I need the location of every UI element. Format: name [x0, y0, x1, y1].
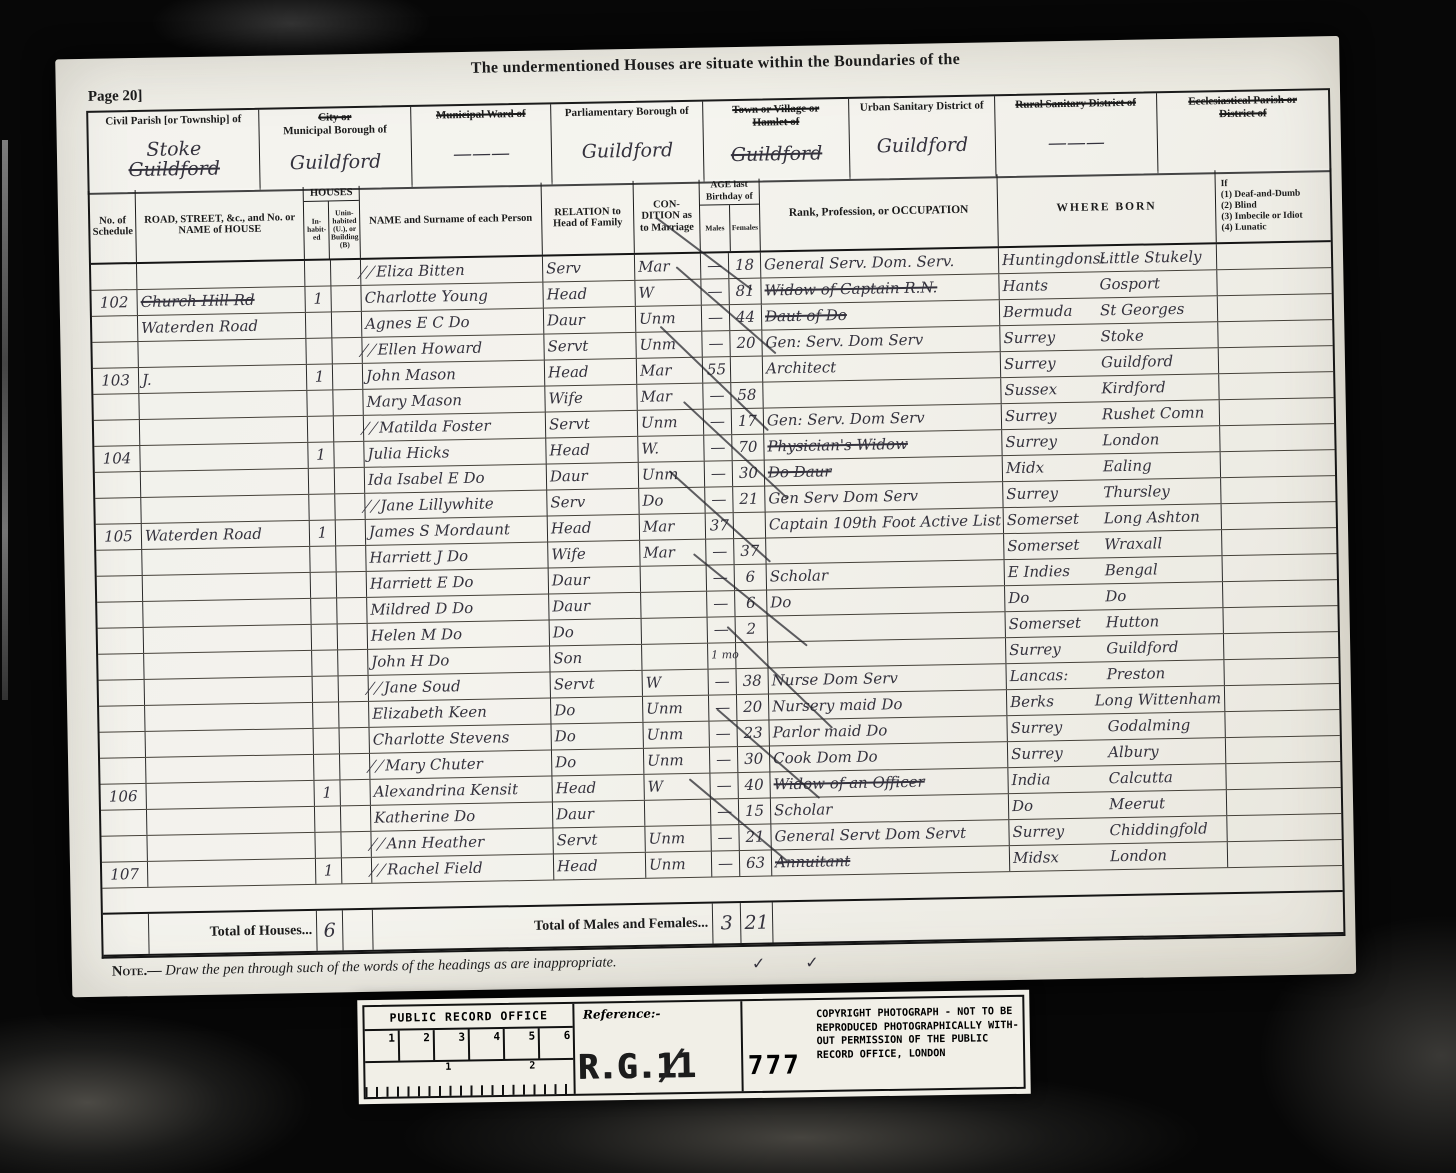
- cell-road: [140, 443, 308, 471]
- cell-road: Waterden Road: [138, 313, 306, 341]
- cell-age-male: —: [712, 851, 740, 877]
- cell-condition: Unm: [644, 748, 710, 774]
- cell-uninhabited: [337, 572, 367, 598]
- check-marks: ✓ ✓: [752, 952, 837, 974]
- cell-infirmity: [1218, 320, 1332, 347]
- cell-road: [141, 469, 309, 497]
- cell-name: Harriett E Do: [367, 569, 549, 597]
- cell-inhabited: 1: [310, 520, 336, 545]
- cell-where-born: IndiaCalcutta: [1008, 764, 1226, 793]
- cell-age-male: —: [706, 539, 734, 565]
- person-name: Helen M Do: [371, 625, 463, 645]
- cell-name: Mildred D Do: [367, 595, 549, 623]
- person-name: Ida Isabel E Do: [368, 469, 485, 489]
- cell-inhabited: [312, 650, 338, 675]
- cell-inhabited: [306, 312, 332, 337]
- scale-bar: 123456: [365, 1028, 574, 1063]
- cell-schedule: [97, 576, 143, 602]
- born-county: India: [1011, 766, 1108, 793]
- col-header-males: Males: [700, 205, 731, 252]
- cell-infirmity: [1220, 424, 1334, 451]
- cell-relation: Head: [545, 359, 637, 386]
- cell-name: Helen M Do: [368, 621, 550, 649]
- born-place: Wraxall: [1104, 530, 1218, 557]
- cell-uninhabited: [340, 780, 370, 806]
- cell-where-born: SurreyLondon: [1002, 426, 1220, 455]
- cell-schedule: [101, 836, 147, 862]
- cell-schedule: 104: [94, 446, 140, 472]
- cell-inhabited: [305, 260, 331, 285]
- cell-age-female: 81: [729, 279, 761, 305]
- cell-age-male: —: [701, 253, 729, 279]
- road-text: Waterden Road: [145, 525, 262, 545]
- cell-inhabited: [314, 728, 340, 753]
- born-county: Berks: [1010, 689, 1095, 716]
- cell-schedule: [96, 550, 142, 576]
- born-county: Do: [1008, 584, 1105, 611]
- cell-infirmity: [1221, 450, 1335, 477]
- cell-age-female: 21: [733, 487, 765, 513]
- cell-name: Ellen Howard: [362, 335, 544, 363]
- scale-number: 6: [540, 1028, 574, 1059]
- header-box-handwritten-value: Guildford: [128, 158, 220, 180]
- cell-schedule: [93, 394, 139, 420]
- occupation-text: Gen Serv Dom Serv: [768, 487, 918, 508]
- person-name: Julia Hicks: [367, 443, 449, 463]
- cell-occupation: General Serv. Dom. Serv.: [761, 248, 999, 277]
- header-box-6: Rural Sanitary District of———: [994, 93, 1157, 176]
- cell-where-born: SurreyRushet Comn: [1002, 400, 1220, 429]
- header-box-label: City orMunicipal Borough of: [283, 110, 387, 137]
- born-place: Little Stukely: [1099, 244, 1213, 271]
- cell-schedule: [99, 680, 145, 706]
- cell-where-born: MidsxLondon: [1010, 842, 1228, 871]
- cell-age-male: —: [710, 773, 738, 799]
- cell-infirmity: [1222, 502, 1336, 529]
- born-county: Somerset: [1007, 506, 1104, 533]
- cell-schedule: [99, 706, 145, 732]
- census-page: The undermentioned Houses are situate wi…: [55, 36, 1356, 997]
- person-name: Ann Heather: [386, 833, 484, 853]
- cell-schedule: [92, 342, 138, 368]
- cell-uninhabited: [342, 858, 372, 884]
- cell-relation: Wife: [548, 541, 640, 568]
- infirmity-line: If: [1221, 179, 1228, 190]
- born-county: Midsx: [1013, 844, 1110, 871]
- cell-occupation: Physician's Widow: [764, 430, 1002, 459]
- cell-relation: Servt: [546, 411, 638, 438]
- cell-infirmity: [1227, 788, 1341, 815]
- cell-occupation: Gen: Serv. Dom Serv: [762, 326, 1000, 355]
- cell-infirmity: [1226, 762, 1340, 789]
- cell-uninhabited: [340, 754, 370, 780]
- cell-relation: Daur: [553, 801, 645, 828]
- cell-name: Elizabeth Keen: [369, 698, 551, 726]
- cell-condition: Unm: [636, 306, 702, 332]
- cell-occupation: Widow of an Officer: [770, 768, 1008, 797]
- born-place: Thursley: [1103, 478, 1217, 505]
- born-place: London: [1102, 426, 1216, 453]
- cell-age-female: 21: [739, 824, 771, 850]
- cell-occupation: Nursery maid Do: [769, 690, 1007, 719]
- cell-inhabited: 1: [305, 286, 331, 311]
- cell-relation: Do: [550, 619, 642, 646]
- cell-relation: Daur: [547, 463, 639, 490]
- cell-uninhabited: [332, 338, 362, 364]
- total-females-value: 21: [741, 902, 774, 943]
- cell-age-male: —: [711, 799, 739, 825]
- col-header-name: NAME and Surname of each Person: [360, 183, 543, 258]
- cell-name: Rachel Field: [372, 854, 554, 882]
- total-houses-value: 6: [317, 910, 344, 950]
- cell-condition: Mar: [637, 384, 703, 410]
- occupation-text: Nursery maid Do: [772, 695, 903, 715]
- header-box-2: Municipal Ward of———: [410, 104, 551, 187]
- cell-uninhabited: [334, 416, 364, 442]
- cell-where-born: SomersetWraxall: [1004, 530, 1222, 559]
- infirmity-line: (4) Lunatic: [1221, 222, 1266, 234]
- cell-occupation: Daut of Do: [762, 300, 1000, 329]
- cell-relation: Head: [554, 853, 646, 880]
- person-name: Harriett E Do: [370, 573, 474, 593]
- cell-name: Mary Chuter: [370, 750, 552, 778]
- cell-road: [145, 703, 313, 731]
- cell-age-male: —: [710, 747, 738, 773]
- cell-infirmity: [1223, 554, 1337, 581]
- header-box-label-line: Civil Parish [or Township] of: [105, 113, 241, 127]
- person-name: Charlotte Stevens: [373, 728, 510, 749]
- cell-condition: Mar: [635, 254, 701, 280]
- cell-age-female: [731, 357, 763, 383]
- cell-road: [139, 391, 307, 419]
- born-place: Bengal: [1105, 556, 1219, 583]
- cell-road: [148, 859, 316, 887]
- cell-inhabited: [313, 702, 339, 727]
- cell-condition: Do: [639, 488, 705, 514]
- header-box-3: Parliamentary Borough ofGuildford: [550, 102, 703, 185]
- cell-name: Harriett J Do: [366, 543, 548, 571]
- cell-uninhabited: [331, 260, 361, 286]
- cell-road: [145, 677, 313, 705]
- cell-where-born: BerksLong Wittenham: [1007, 686, 1225, 715]
- cell-road: [143, 573, 311, 601]
- cell-road: Church Hill Rd: [137, 287, 305, 315]
- cell-road: [142, 547, 310, 575]
- cell-where-born: SurreyGuildford: [1001, 348, 1219, 377]
- person-name: Katherine Do: [374, 807, 475, 827]
- born-county: Lancas:: [1009, 662, 1106, 689]
- cell-where-born: SurreyGuildford: [1006, 634, 1224, 663]
- cell-occupation: Captain 109th Foot Active List: [766, 508, 1004, 537]
- total-males-value: 3: [713, 903, 742, 944]
- cell-inhabited: [307, 390, 333, 415]
- piece-number: 777: [748, 1050, 801, 1081]
- cell-where-born: Huntingdons:Little Stukely: [999, 244, 1217, 273]
- cell-infirmity: [1221, 476, 1335, 503]
- person-name: Agnes E C Do: [365, 313, 470, 333]
- cell-relation: Head: [546, 437, 638, 464]
- cell-infirmity: [1228, 840, 1342, 867]
- cell-schedule: [98, 654, 144, 680]
- cell-name: Katherine Do: [371, 802, 553, 830]
- road-text: Church Hill Rd: [141, 291, 255, 311]
- header-box-label-line: District of: [1219, 107, 1267, 120]
- occupation-text: Gen: Serv. Dom Serv: [765, 331, 923, 352]
- cell-schedule: 107: [102, 862, 148, 888]
- cell-inhabited: [313, 676, 339, 701]
- cell-condition: [642, 644, 708, 670]
- cell-inhabited: [312, 624, 338, 649]
- cell-relation: Son: [550, 645, 642, 672]
- cell-age-male: —: [709, 695, 737, 721]
- cell-relation: Head: [548, 515, 640, 542]
- footer-note-prefix: Note.—: [112, 963, 162, 980]
- cell-age-male: —: [707, 591, 735, 617]
- totals-margin: [103, 914, 150, 955]
- cell-road: [146, 729, 314, 757]
- infirmity-line: (1) Deaf-and-Dumb: [1221, 188, 1301, 200]
- cell-uninhabited: [335, 468, 365, 494]
- cell-occupation: Architect: [763, 352, 1001, 381]
- cell-relation: Do: [552, 749, 644, 776]
- road-text: J.: [142, 371, 152, 389]
- total-mf-label: Total of Males and Females...: [373, 904, 714, 950]
- cell-occupation: Parlor maid Do: [769, 716, 1007, 745]
- cell-inhabited: [309, 468, 335, 493]
- cell-uninhabited: [335, 494, 365, 520]
- cell-age-male: 1 mo: [708, 643, 736, 669]
- cell-occupation: [763, 378, 1001, 407]
- cell-occupation: Widow of Captain R.N.: [761, 274, 999, 303]
- person-name: John Mason: [366, 365, 456, 385]
- cell-relation: Daur: [549, 593, 641, 620]
- born-county: Surrey: [1006, 480, 1103, 507]
- cell-age-male: —: [709, 669, 737, 695]
- cell-inhabited: [314, 754, 340, 779]
- cell-inhabited: [315, 806, 341, 831]
- born-place: Kirdford: [1101, 374, 1215, 401]
- cell-infirmity: [1227, 814, 1341, 841]
- cell-occupation: Do Daur: [765, 456, 1003, 485]
- cell-name: James S Mordaunt: [366, 517, 548, 545]
- occupation-text: Do: [770, 593, 791, 611]
- cell-where-born: DoMeerut: [1009, 790, 1227, 819]
- col-header-uninhabited: Unin-habited (U.), or Building (B): [329, 200, 360, 258]
- cell-relation: Daur: [549, 567, 641, 594]
- cell-infirmity: [1219, 346, 1333, 373]
- cell-occupation: Nurse Dom Serv: [768, 664, 1006, 693]
- born-place: Guildford: [1106, 634, 1220, 661]
- cell-age-female: 40: [738, 772, 770, 798]
- person-name: John H Do: [371, 651, 449, 670]
- cell-infirmity: [1222, 528, 1336, 555]
- cell-uninhabited: [331, 286, 361, 312]
- born-county: Surrey: [1005, 402, 1102, 429]
- header-box-handwritten-value: Guildford: [877, 135, 969, 157]
- cell-relation: Servt: [553, 827, 645, 854]
- ruler-number: 1: [445, 1062, 451, 1073]
- cell-relation: Daur: [544, 307, 636, 334]
- cell-road: [141, 495, 309, 523]
- cell-occupation: Annuitant: [772, 846, 1010, 875]
- cell-uninhabited: [338, 650, 368, 676]
- cell-age-female: 58: [731, 383, 763, 409]
- cell-condition: [642, 618, 708, 644]
- total-houses-label: Total of Houses...: [149, 911, 318, 954]
- cell-where-born: DoDo: [1005, 582, 1223, 611]
- header-box-label: Ecclesiastical Parish orDistrict of: [1188, 94, 1297, 121]
- born-county: Midx: [1006, 454, 1103, 481]
- cell-condition: W.: [638, 436, 704, 462]
- occupation-text: Widow of Captain R.N.: [764, 278, 937, 299]
- born-place: Godalming: [1107, 712, 1221, 739]
- cell-relation: Do: [551, 723, 643, 750]
- person-name: Eliza Bitten: [376, 261, 465, 281]
- cell-name: Mary Mason: [363, 387, 545, 415]
- cell-uninhabited: [339, 702, 369, 728]
- col-header-occupation: Rank, Profession, or OCCUPATION: [760, 174, 999, 250]
- born-county: Surrey: [1011, 740, 1108, 767]
- person-name: Mildred D Do: [370, 599, 473, 619]
- born-county: Do: [1012, 792, 1109, 819]
- born-county: Surrey: [1005, 428, 1102, 455]
- ruler-number: 2: [529, 1060, 535, 1071]
- cell-condition: W: [635, 280, 701, 306]
- cell-inhabited: 1: [314, 780, 340, 805]
- page-title: The undermentioned Houses are situate wi…: [385, 49, 1045, 79]
- header-box-handwritten-value: ———: [453, 143, 510, 164]
- cell-relation: Serv: [543, 255, 635, 282]
- cell-where-born: SurreyThursley: [1003, 478, 1221, 507]
- cell-occupation: General Servt Dom Servt: [771, 820, 1009, 849]
- cell-road: [138, 339, 306, 367]
- person-name: Charlotte Young: [364, 287, 488, 307]
- cell-infirmity: [1219, 372, 1333, 399]
- cell-uninhabited: [341, 832, 371, 858]
- born-place: Rushet Comn: [1102, 400, 1216, 427]
- person-name: Harriett J Do: [369, 547, 468, 567]
- born-place: Albury: [1108, 738, 1222, 765]
- born-county: Surrey: [1010, 714, 1107, 741]
- cell-where-born: SurreyStoke: [1000, 322, 1218, 351]
- cell-uninhabited: [334, 442, 364, 468]
- cell-schedule: [101, 810, 147, 836]
- cell-age-female: 6: [735, 591, 767, 617]
- cell-occupation: Cook Dom Do: [770, 742, 1008, 771]
- cell-age-female: 20: [730, 331, 762, 357]
- cell-age-female: 63: [740, 850, 772, 876]
- cell-schedule: [95, 472, 141, 498]
- cell-condition: Unm: [643, 696, 709, 722]
- header-box-7: Ecclesiastical Parish orDistrict of: [1156, 90, 1329, 173]
- page-number-label: Page 20]: [88, 88, 143, 106]
- born-place: Preston: [1106, 660, 1220, 687]
- cell-schedule: [91, 264, 137, 290]
- col-header-road: ROAD, STREET, &c., and No. or NAME of HO…: [136, 187, 305, 262]
- cell-age-female: 20: [737, 695, 769, 721]
- cell-road: Waterden Road: [142, 521, 310, 549]
- cell-inhabited: [309, 494, 335, 519]
- header-box-value: ———: [1047, 110, 1105, 176]
- person-name: Rachel Field: [387, 859, 483, 879]
- header-box-value: Guildford: [289, 136, 381, 190]
- born-county: Surrey: [1009, 636, 1106, 663]
- cell-inhabited: 1: [308, 442, 334, 467]
- cell-name: Julia Hicks: [364, 439, 546, 467]
- cell-road: [147, 781, 315, 809]
- cell-schedule: 103: [93, 368, 139, 394]
- cell-road: [147, 833, 315, 861]
- header-box-label-line: City or: [318, 111, 352, 124]
- born-place: Long Ashton: [1104, 504, 1218, 531]
- cell-occupation: Gen Serv Dom Serv: [765, 482, 1003, 511]
- cell-where-born: HantsGosport: [999, 270, 1217, 299]
- houses-group-title: HOUSES: [304, 186, 359, 202]
- occupation-text: Gen: Serv. Dom Serv: [767, 409, 925, 430]
- born-place: Do: [1105, 582, 1219, 609]
- col-header-age: AGE last Birthday of Males Females: [700, 179, 761, 252]
- cell-inhabited: [310, 546, 336, 571]
- col-header-born: WHERE BORN: [997, 170, 1216, 246]
- cell-where-born: Lancas:Preston: [1006, 660, 1224, 689]
- header-box-label: Rural Sanitary District of: [1015, 97, 1136, 112]
- cell-road: [137, 261, 305, 289]
- cell-inhabited: [306, 338, 332, 363]
- header-box-value: ———: [452, 121, 510, 187]
- born-county: Surrey: [1004, 350, 1101, 377]
- cell-where-born: SurreyGodalming: [1007, 712, 1225, 741]
- cell-name: John H Do: [368, 647, 550, 675]
- copyright-line: RECORD OFFICE, LONDON: [817, 1045, 1020, 1062]
- born-county: Huntingdons:: [1002, 246, 1099, 273]
- header-box-handwritten-value: Guildford: [731, 143, 823, 165]
- cell-where-born: SomersetLong Ashton: [1004, 504, 1222, 533]
- cell-infirmity: [1217, 242, 1331, 269]
- cell-uninhabited: [333, 390, 363, 416]
- cell-schedule: 102: [91, 290, 137, 316]
- col-header-houses: HOUSES In-habit-ed Unin-habited (U.), or…: [304, 186, 361, 259]
- cell-schedule: [100, 758, 146, 784]
- cell-inhabited: [311, 572, 337, 597]
- occupation-text: Daut of Do: [765, 306, 847, 325]
- scale-number: 5: [505, 1028, 541, 1059]
- cell-occupation: Scholar: [771, 794, 1009, 823]
- infirmity-line: (2) Blind: [1221, 200, 1257, 212]
- cell-age-female: [736, 643, 768, 669]
- header-box-handwritten-value: Guildford: [290, 152, 382, 174]
- cell-relation: Do: [551, 697, 643, 724]
- born-county: Hants: [1002, 272, 1099, 299]
- cell-inhabited: [308, 416, 334, 441]
- col-header-inhabited: In-habit-ed: [304, 201, 331, 259]
- cell-name: Alexandrina Kensit: [370, 776, 552, 804]
- person-name: Jane Soud: [384, 677, 461, 696]
- totals-spacer: [343, 910, 374, 951]
- cell-infirmity: [1223, 580, 1337, 607]
- cell-inhabited: [315, 832, 341, 857]
- cell-relation: Head: [552, 775, 644, 802]
- scanner-background: The undermentioned Houses are situate wi…: [0, 0, 1456, 1173]
- born-county: E Indies: [1008, 558, 1105, 585]
- cell-relation: Head: [543, 281, 635, 308]
- cell-name: Charlotte Young: [361, 283, 543, 311]
- born-place: Stoke: [1100, 322, 1214, 349]
- occupation-text: Scholar: [770, 566, 829, 585]
- cell-occupation: Do: [767, 586, 1005, 615]
- occupation-text: Scholar: [774, 800, 833, 819]
- cell-schedule: [97, 602, 143, 628]
- cell-name: John Mason: [363, 361, 545, 389]
